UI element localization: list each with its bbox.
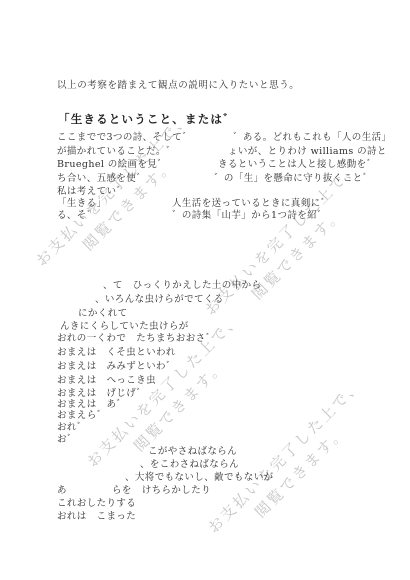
paragraph-line-right: 人生活を送っているときに真剣に゛: [172, 199, 330, 209]
poem-line: にかくれて: [78, 309, 128, 319]
poem-line: これおしたりする: [57, 499, 136, 509]
poem-line: らを けちらかしたり: [112, 486, 211, 496]
poem-section-heading: 「生きるということ、または゛: [58, 114, 236, 126]
poem-line: 、て ひっくりかえした土の中から: [103, 281, 261, 291]
poem-line: 、大将でもないし、敵でもないが: [125, 473, 274, 483]
intro-sentence: 以上の考察を踏まえて観点の説明に入りたいと思う。: [57, 81, 299, 91]
poem-line: おまえは あ゛: [57, 400, 126, 410]
poem-line: おまえは げじげ゛: [57, 389, 146, 399]
paragraph-line-right: ゛の詩集「山芋」から1つ詩を紹゛: [172, 211, 327, 221]
poem-line: おまえら゛: [57, 411, 107, 421]
document-page: お支払いを完了した上で、閲覧できます。お支払いを完了した上で、閲覧できます。お支…: [0, 0, 410, 580]
poem-line: 、をこわさねばならん: [140, 460, 239, 470]
poem-line: おまえは みみずといわ゛: [57, 362, 176, 372]
paragraph-line-left: 私は考えてい゛: [57, 187, 126, 197]
paragraph-line-right: きるということは人と接し感動を゛: [218, 160, 376, 170]
paragraph-line-left: Brueghel の絵画を見゛: [57, 160, 167, 170]
poem-line: おれ゛: [57, 423, 87, 433]
paragraph-line-left: が描かれていることだ。゛: [57, 147, 176, 157]
poem-line: おれの一くわで たちまちおおさ゛: [57, 334, 215, 344]
poem-line: おれは こまった: [57, 512, 136, 522]
paragraph-line-left: ち合い、五感を使゛: [57, 174, 146, 184]
poem-line: おまえは へっこき虫: [57, 376, 156, 386]
paragraph-line-left: 「生きる」: [57, 199, 107, 209]
poem-line: おまえは くそ虫といわれ: [57, 348, 176, 358]
paragraph-line-right: ゛ある。どれもこれも「人の生活」: [233, 133, 391, 143]
poem-line: お゛: [57, 435, 77, 445]
paragraph-line-right: ょいが、とりわけ williams の詩と: [228, 147, 387, 157]
payment-watermark: お支払いを完了した上で、閲覧できます。: [203, 159, 378, 334]
poem-line: あ: [57, 486, 67, 496]
poem-line: 、いろんな虫けらがでてくる: [95, 295, 224, 305]
poem-line: んきにくらしていた虫けらが: [60, 322, 189, 332]
paragraph-line-right: ゛の「生」を懸命に守り抜くこと゛: [214, 174, 372, 184]
poem-line: こがやさねばならん: [148, 447, 237, 457]
paragraph-line-left: る、そ゛: [57, 211, 97, 221]
paragraph-line-left: ここまでで3つの詩、そして゛: [57, 133, 192, 143]
